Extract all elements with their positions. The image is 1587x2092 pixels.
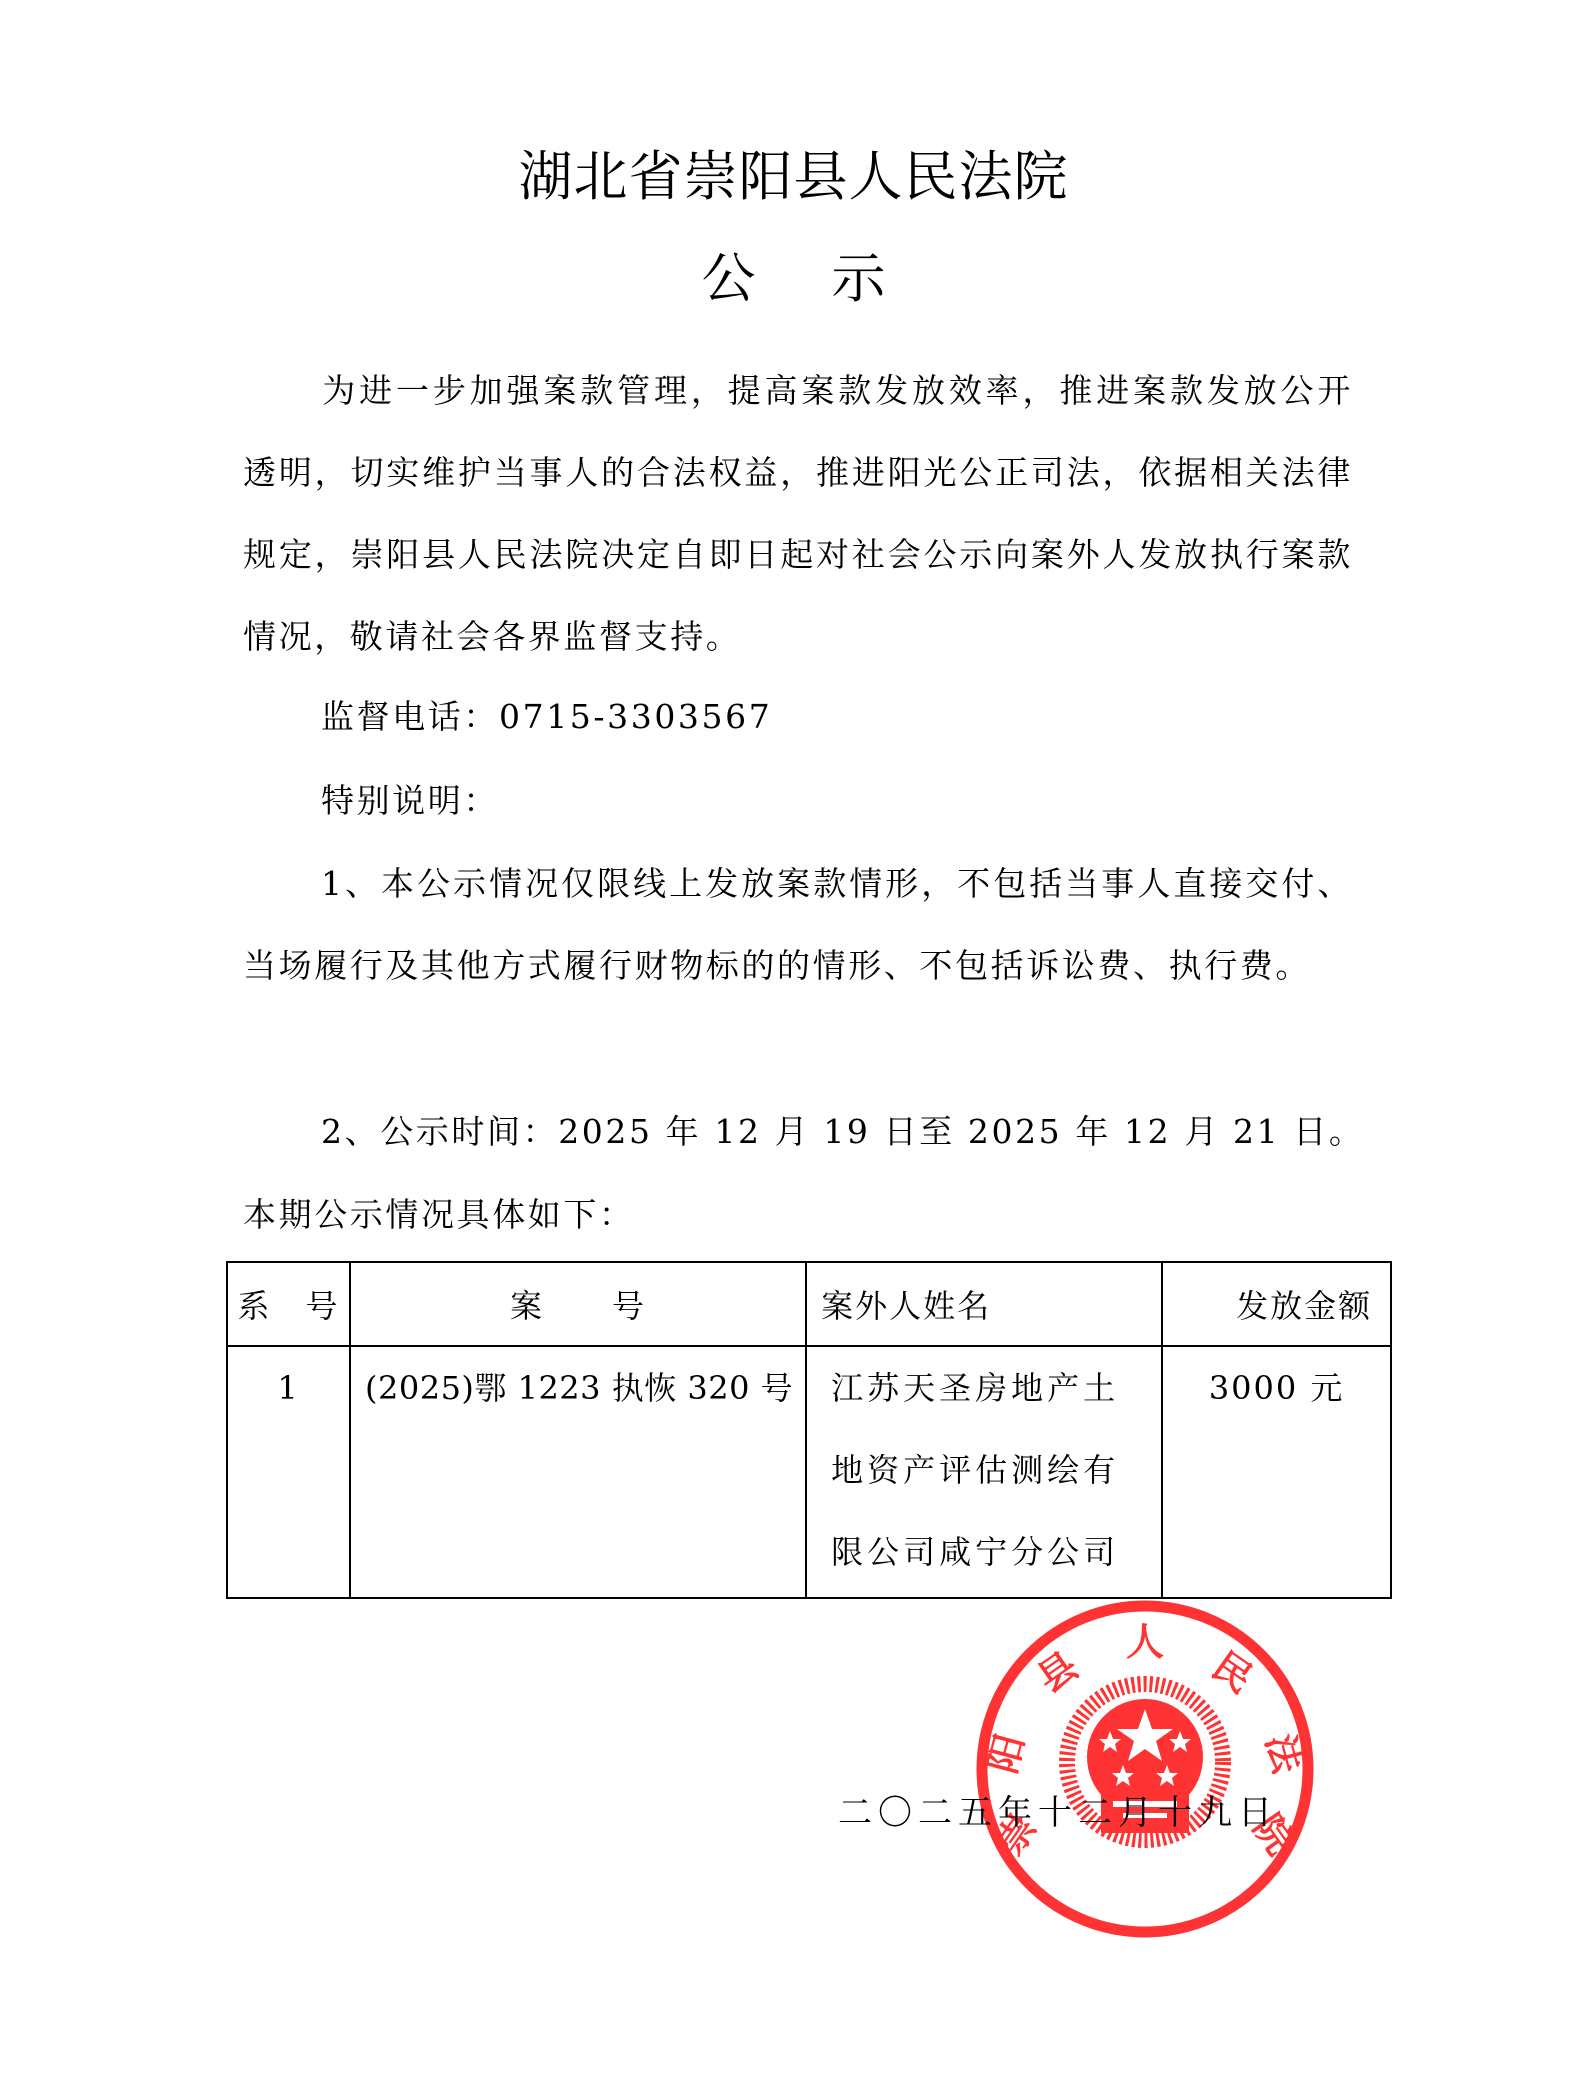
disbursement-table: 系 号 案 号 案外人姓名 发放金额 1 (2025)鄂 1223 执恢 320… <box>226 1261 1392 1599</box>
signature-date: 二〇二五年十二月十九日 <box>838 1785 1278 1834</box>
notes-heading: 特别说明： <box>321 784 499 817</box>
cell-case-number: (2025)鄂 1223 执恢 320 号 <box>350 1346 806 1598</box>
cell-payee-name: 江苏天圣房地产土地资产评估测绘有限公司咸宁分公司 <box>806 1346 1162 1598</box>
hotline-number: 0715-3303567 <box>499 697 772 736</box>
hotline-label: 监督电话： <box>321 697 499 736</box>
notice-title-char: 公 <box>702 252 756 306</box>
notice-title-char: 示 <box>832 252 886 306</box>
court-name-title: 湖北省崇阳县人民法院 <box>0 150 1587 204</box>
hotline-line: 监督电话：0715-3303567 <box>321 700 772 733</box>
intro-text: 为进一步加强案款管理，提高案款发放效率，推进案款发放公开透明，切实维护当事人的合… <box>243 371 1353 656</box>
svg-text:人: 人 <box>1126 1619 1164 1664</box>
cell-serial: 1 <box>227 1346 350 1598</box>
table-row: 1 (2025)鄂 1223 执恢 320 号 江苏天圣房地产土地资产评估测绘有… <box>227 1346 1391 1598</box>
cell-amount: 3000 元 <box>1162 1346 1391 1598</box>
note-1-paragraph: 1、本公示情况仅限线上发放案款情形，不包括当事人直接交付、当场履行及其他方式履行… <box>243 843 1353 1007</box>
note-1-text: 1、本公示情况仅限线上发放案款情形，不包括当事人直接交付、当场履行及其他方式履行… <box>243 864 1353 985</box>
note-2-line: 2、公示时间：2025 年 12 月 19 日至 2025 年 12 月 21 … <box>321 1115 1365 1148</box>
table-intro: 本期公示情况具体如下： <box>243 1198 635 1231</box>
document-page: 湖北省崇阳县人民法院 公示 为进一步加强案款管理，提高案款发放效率，推进案款发放… <box>0 0 1587 2092</box>
court-seal-icon: 崇 阳 县 人 民 法 院 <box>973 1597 1317 1941</box>
notice-title: 公示 <box>0 252 1587 306</box>
intro-paragraph: 为进一步加强案款管理，提高案款发放效率，推进案款发放公开透明，切实维护当事人的合… <box>243 350 1353 678</box>
